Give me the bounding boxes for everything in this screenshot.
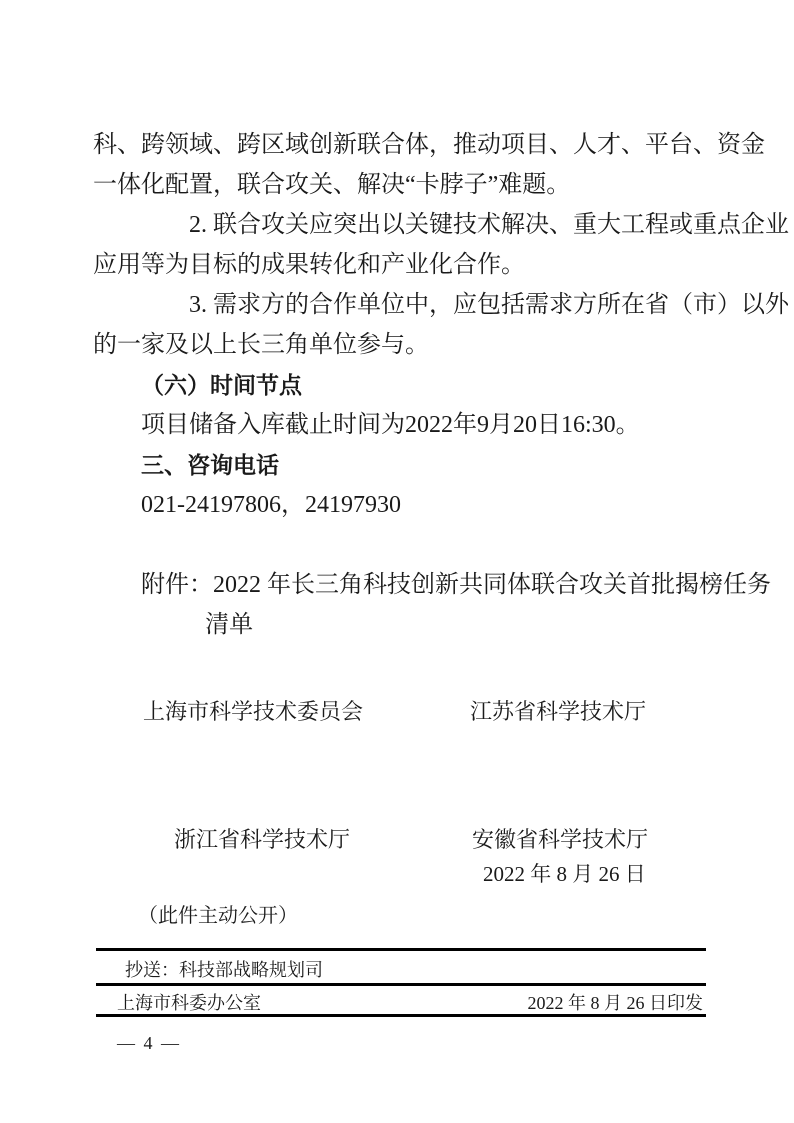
footer-cc-line: 抄送：科技部战略规划司 bbox=[125, 956, 323, 982]
body-line: 3. 需求方的合作单位中，应包括需求方所在省（市）以外 bbox=[93, 285, 773, 325]
body-line: （六）时间节点 bbox=[93, 365, 773, 405]
document-date: 2022 年 8 月 26 日 bbox=[483, 858, 646, 888]
footer-rule-bottom bbox=[96, 1014, 706, 1017]
signature-jiangsu: 江苏省科学技术厅 bbox=[470, 695, 646, 726]
body-line: 应用等为目标的成果转化和产业化合作。 bbox=[93, 245, 773, 285]
footer-rule-top bbox=[96, 948, 706, 951]
document-body: 科、跨领域、跨区域创新联合体，推动项目、人才、平台、资金一体化配置，联合攻关、解… bbox=[93, 125, 773, 645]
signature-zhejiang: 浙江省科学技术厅 bbox=[174, 823, 350, 854]
public-disclosure-note: （此件主动公开） bbox=[138, 899, 298, 928]
document-page: 科、跨领域、跨区域创新联合体，推动项目、人才、平台、资金一体化配置，联合攻关、解… bbox=[0, 0, 794, 1123]
page-number: — 4 — bbox=[117, 1033, 181, 1054]
body-line: 的一家及以上长三角单位参与。 bbox=[93, 325, 773, 365]
body-line: 2. 联合攻关应突出以关键技术解决、重大工程或重点企业 bbox=[93, 205, 773, 245]
signature-anhui: 安徽省科学技术厅 bbox=[472, 823, 648, 854]
body-line: 清单 bbox=[93, 605, 773, 645]
body-line bbox=[93, 525, 773, 565]
body-line: 项目储备入库截止时间为2022年9月20日16:30。 bbox=[93, 405, 773, 445]
body-line: 附件：2022 年长三角科技创新共同体联合攻关首批揭榜任务 bbox=[93, 565, 773, 605]
body-line: 一体化配置，联合攻关、解决“卡脖子”难题。 bbox=[93, 165, 773, 205]
footer-print-date: 2022 年 8 月 26 日印发 bbox=[528, 989, 704, 1015]
signature-shanghai: 上海市科学技术委员会 bbox=[143, 695, 363, 726]
body-line: 科、跨领域、跨区域创新联合体，推动项目、人才、平台、资金 bbox=[93, 125, 773, 165]
footer-issuing-office: 上海市科委办公室 bbox=[117, 989, 261, 1015]
body-line: 三、咨询电话 bbox=[93, 445, 773, 485]
body-line: 021-24197806，24197930 bbox=[93, 485, 773, 525]
footer-rule-middle bbox=[96, 983, 706, 986]
